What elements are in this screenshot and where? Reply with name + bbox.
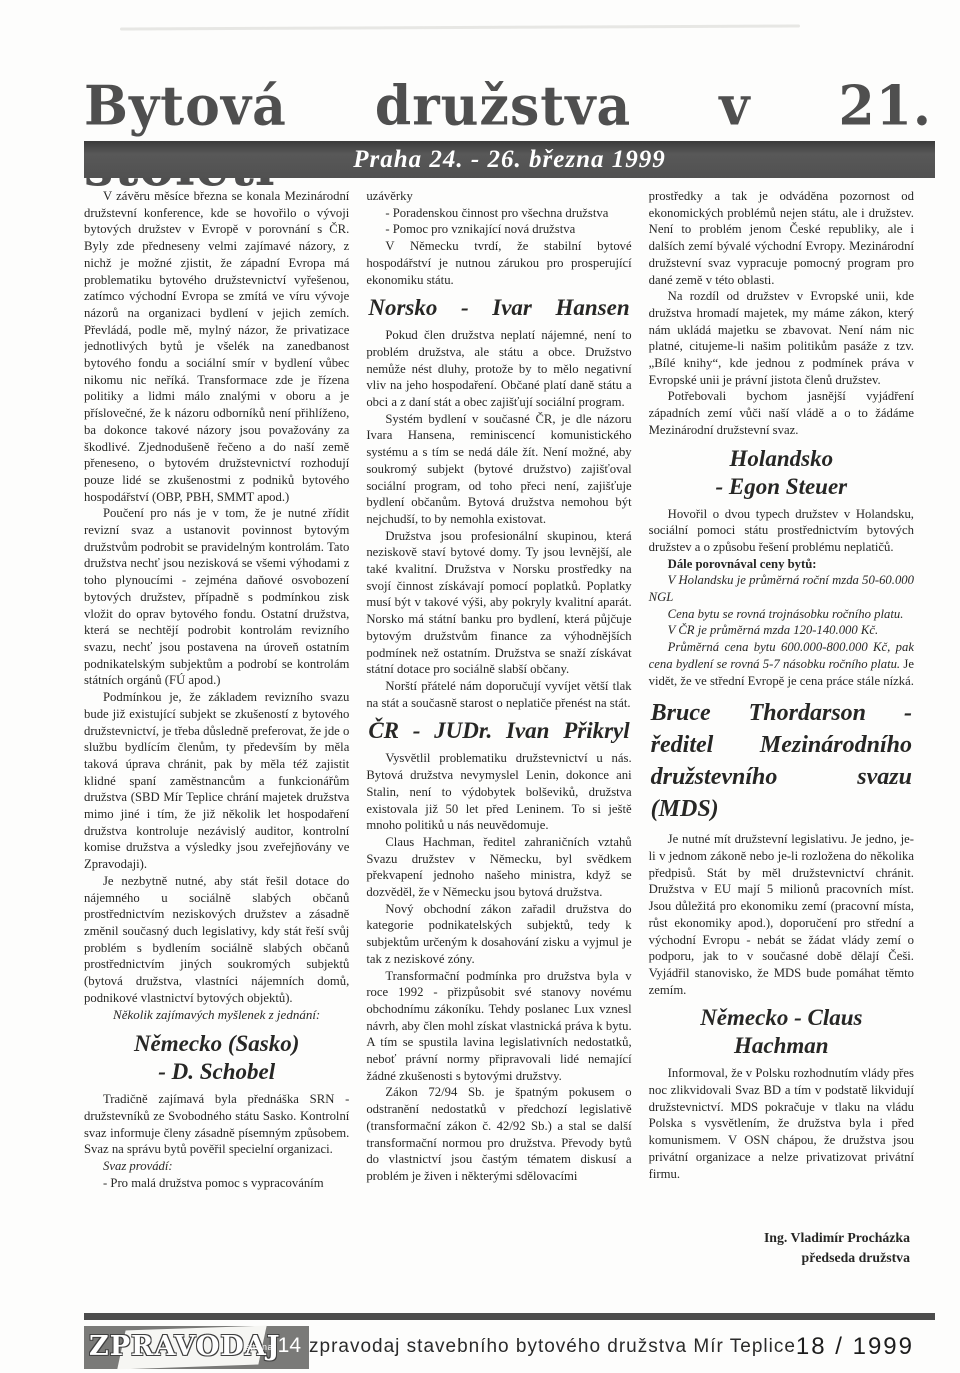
comparison-line: Cena bytu se rovná trojnásobku ročního p… — [649, 606, 914, 623]
continuation-line: uzávěrky — [366, 188, 631, 205]
heading-czech-republic: ČR - JUDr. Ivan Přikryl — [366, 717, 631, 745]
list-intro: Svaz provádí: — [84, 1158, 349, 1175]
page-number: 14 — [278, 1334, 301, 1358]
paragraph: Družstva jsou profesionální skupinou, kt… — [366, 528, 631, 678]
event-date-text: Praha 24. - 26. března 1999 — [84, 141, 935, 178]
heading-line: družstevního svazu (MDS) — [649, 761, 914, 825]
footer-divider — [84, 1313, 935, 1320]
paragraph: Hovořil o dvou typech družstev v Holands… — [649, 506, 914, 556]
heading-line: Hachman — [649, 1032, 914, 1060]
column-right: prostředky a tak je odváděna pozornost o… — [649, 188, 914, 1310]
paragraph: Transformační podmínka pro družstva byla… — [366, 968, 631, 1085]
event-date-banner: Praha 24. - 26. března 1999 — [84, 141, 935, 178]
paragraph: Claus Hachman, ředitel zahraničních vzta… — [366, 834, 631, 901]
comparison-line: Průměrná cena bytu 600.000-800.000 Kč, p… — [649, 639, 914, 689]
paragraph: Na rozdíl od družstev v Evropské unii, k… — [649, 288, 914, 388]
comparison-line: V ČR je průměrná mzda 120-140.000 Kč. — [649, 622, 914, 639]
heading-germany-saxony: Německo (Sasko) - D. Schobel — [84, 1030, 349, 1086]
signature-block: Ing. Vladimír Procházka předseda družstv… — [649, 1228, 914, 1268]
newsletter-page: Bytová družstva v 21. století Praha 24. … — [0, 0, 960, 1373]
heading-holland: Holandsko - Egon Steuer — [649, 445, 914, 501]
paragraph: Informoval, že v Polsku rozhodnutím vlád… — [649, 1065, 914, 1182]
footer-newsletter-line: zpravodaj stavebního bytového družstva M… — [309, 1336, 796, 1358]
paragraph: Je nutné mít družstevní legislativu. Je … — [649, 831, 914, 998]
paragraph: Potřebovali bychom jasnější vyjádření zá… — [649, 388, 914, 438]
column-middle: uzávěrky - Poradenskou činnost pro všech… — [366, 188, 631, 1310]
footer: ZPRAVODAJ strana 14 zpravodaj stavebního… — [84, 1325, 914, 1369]
heading-line: Německo (Sasko) — [84, 1030, 349, 1058]
heading-germany-hachman: Německo - Claus Hachman — [649, 1004, 914, 1060]
paragraph: Norští přátelé nám doporučují vyvíjet vě… — [366, 678, 631, 711]
paragraph: Systém bydlení v současné ČR, je dle náz… — [366, 411, 631, 528]
paragraph: prostředky a tak je odváděna pozornost o… — [649, 188, 914, 288]
heading-line: Bruce Thordarson - — [649, 697, 914, 729]
heading-thordarson: Bruce Thordarson - ředitel Mezinárodního… — [649, 697, 914, 825]
heading-line: ČR - JUDr. Ivan Přikryl — [366, 717, 631, 745]
heading-line: Holandsko — [649, 445, 914, 473]
zpravodaj-logo: ZPRAVODAJ strana 14 — [84, 1326, 309, 1369]
paragraph: Je nezbytně nutné, aby stát řešil dotace… — [84, 873, 349, 1007]
heading-line: - Egon Steuer — [649, 473, 914, 501]
paragraph: Vysvětlil problematiku družstevnictví u … — [366, 750, 631, 834]
heading-norway: Norsko - Ivar Hansen — [366, 294, 631, 322]
list-item: - Poradenskou činnost pro všechna družst… — [366, 205, 631, 222]
paragraph: Pokud člen družstva neplatí nájemné, nen… — [366, 327, 631, 411]
column-left: V závěru měsíce března se konala Mezinár… — [84, 188, 349, 1310]
paragraph: V závěru měsíce března se konala Mezinár… — [84, 188, 349, 505]
page-label: strana — [245, 1342, 273, 1352]
lead-in-note: Několik zajímavých myšlenek z jednání: — [84, 1007, 349, 1024]
paragraph: Poučení pro nás je v tom, že je nutné zř… — [84, 505, 349, 689]
signature-role: předseda družstva — [649, 1248, 910, 1268]
paragraph: Zákon 72/94 Sb. je špatným pokusem o ods… — [366, 1084, 631, 1184]
comparison-intro: Dále porovnával ceny bytů: — [649, 556, 914, 573]
heading-line: - D. Schobel — [84, 1058, 349, 1086]
italic-run: Průměrná cena bytu 600.000-800.000 Kč, p… — [649, 640, 914, 671]
heading-line: Německo - Claus — [649, 1004, 914, 1032]
footer-issue-number: 18 / 1999 — [796, 1333, 914, 1361]
list-item: - Pro malá družstva pomoc s vypracováním — [84, 1175, 349, 1192]
heading-line: Norsko - Ivar Hansen — [366, 294, 631, 322]
newsletter-title: Bytová družstva v 21. století — [84, 76, 932, 198]
paragraph: Podmínkou je, že základem revizního svaz… — [84, 689, 349, 873]
scan-artifact — [120, 25, 800, 31]
paragraph: Nový obchodní zákon zařadil družstva do … — [366, 901, 631, 968]
list-item: - Pomoc pro vznikající nová družstva — [366, 221, 631, 238]
signature-name: Ing. Vladimír Procházka — [649, 1228, 910, 1248]
paragraph: Tradičně zajímavá byla přednáška SRN - d… — [84, 1091, 349, 1158]
comparison-line: V Holandsku je průměrná roční mzda 50-60… — [649, 572, 914, 605]
paragraph: V Německu tvrdí, že stabilní bytové hosp… — [366, 238, 631, 288]
article-body: V závěru měsíce března se konala Mezinár… — [84, 188, 914, 1310]
heading-line: ředitel Mezinárodního — [649, 729, 914, 761]
